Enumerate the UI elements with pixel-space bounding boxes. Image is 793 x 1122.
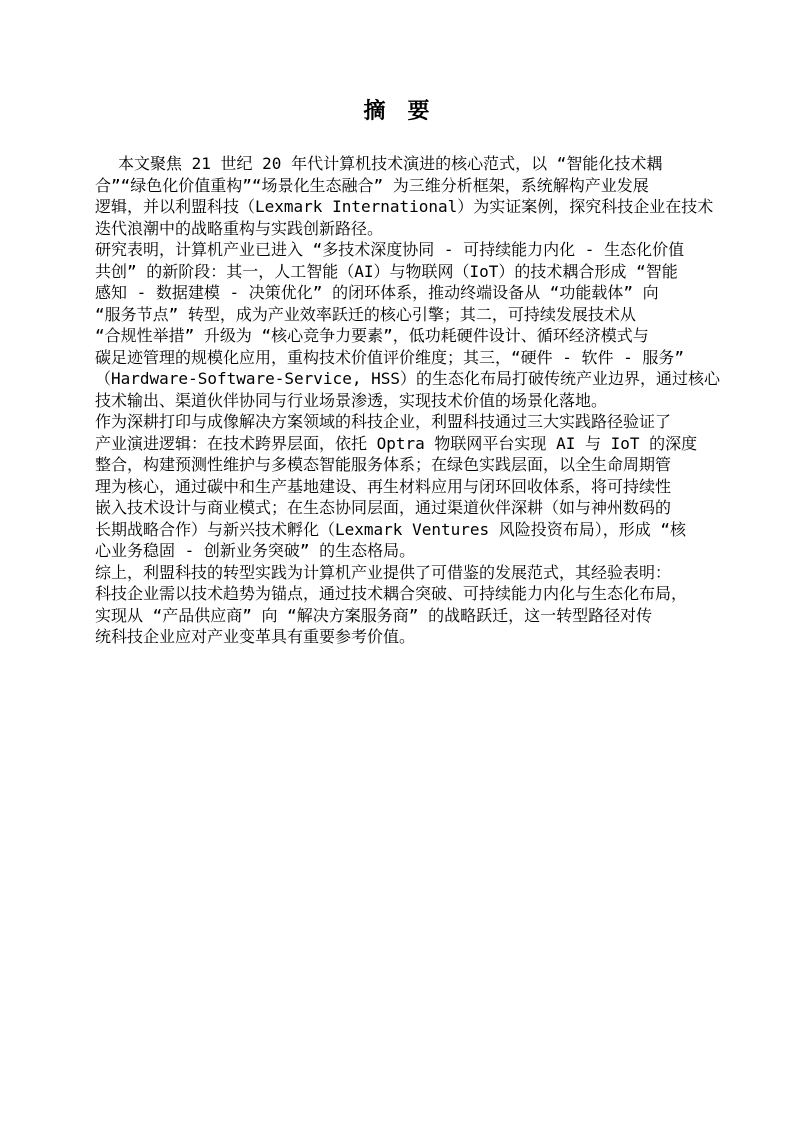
document-page: 摘 要 本文聚焦 21 世纪 20 年代计算机技术演进的核心范式，以 “智能化技…	[0, 0, 793, 1122]
abstract-paragraph-1: 本文聚焦 21 世纪 20 年代计算机技术演进的核心范式，以 “智能化技术耦 合…	[95, 153, 755, 239]
abstract-paragraph-2: 研究表明，计算机产业已进入 “多技术深度协同 - 可持续能力内化 - 生态化价值…	[95, 239, 755, 411]
abstract-paragraph-4: 综上，利盟科技的转型实践为计算机产业提供了可借鉴的发展范式，其经验表明： 科技企…	[95, 562, 755, 648]
abstract-paragraph-3: 作为深耕打印与成像解决方案领域的科技企业，利盟科技通过三大实践路径验证了 产业演…	[95, 411, 755, 562]
abstract-title: 摘 要	[0, 0, 793, 126]
abstract-body: 本文聚焦 21 世纪 20 年代计算机技术演进的核心范式，以 “智能化技术耦 合…	[95, 153, 755, 648]
